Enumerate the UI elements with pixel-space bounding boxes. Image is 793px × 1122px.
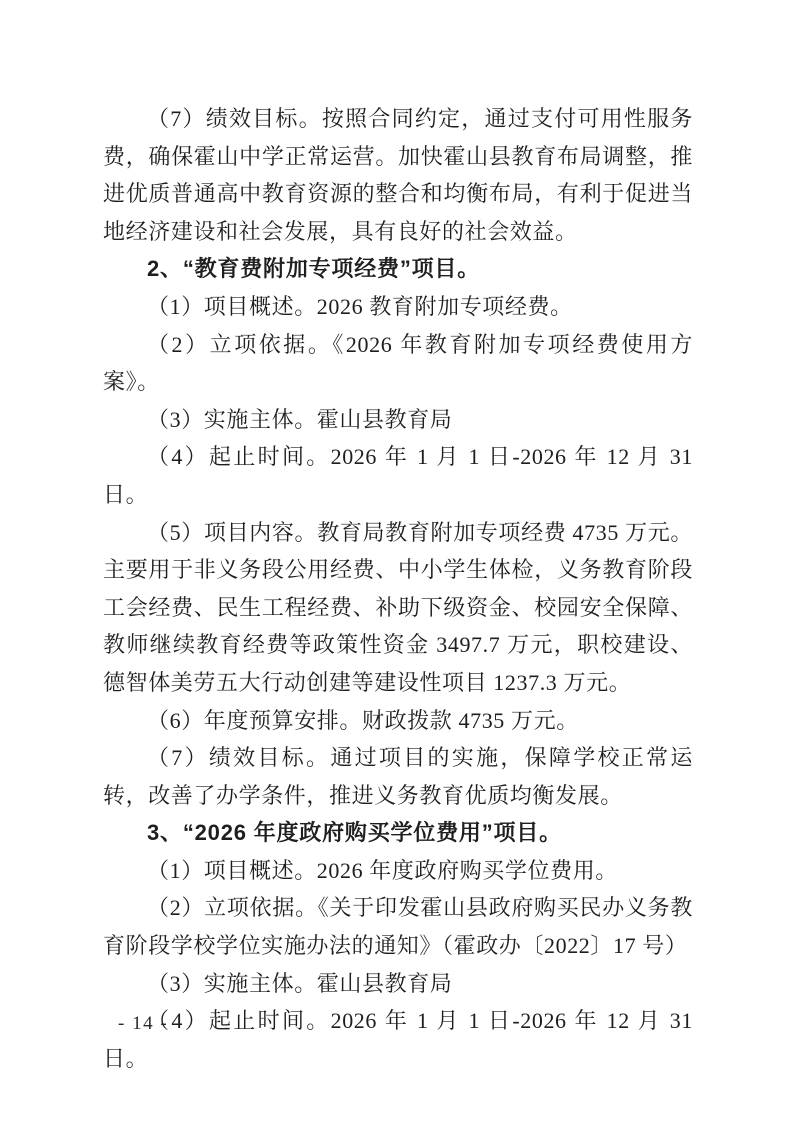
para-project3-implementer: （3）实施主体。霍山县教育局 xyxy=(103,965,693,1003)
para-project2-performance-goal: （7）绩效目标。通过项目的实施，保障学校正常运转，改善了办学条件，推进义务教育优… xyxy=(103,739,693,814)
para-project2-content: （5）项目内容。教育局教育附加专项经费 4735 万元。主要用于非义务段公用经费… xyxy=(103,514,693,702)
para-project2-basis: （2）立项依据。《2026 年教育附加专项经费使用方案》。 xyxy=(103,326,693,401)
para-project3-duration: （4）起止时间。2026 年 1 月 1 日-2026 年 12 月 31 日。 xyxy=(103,1002,693,1077)
para-project3-overview: （1）项目概述。2026 年度政府购买学位费用。 xyxy=(103,852,693,890)
para-project2-budget: （6）年度预算安排。财政拨款 4735 万元。 xyxy=(103,702,693,740)
para-project2-implementer: （3）实施主体。霍山县教育局 xyxy=(103,401,693,439)
document-body: （7）绩效目标。按照合同约定，通过支付可用性服务费，确保霍山中学正常运营。加快霍… xyxy=(103,100,693,1077)
heading-project3-title: 3、“2026 年度政府购买学位费用”项目。 xyxy=(103,814,693,852)
para-project1-performance-goal: （7）绩效目标。按照合同约定，通过支付可用性服务费，确保霍山中学正常运营。加快霍… xyxy=(103,100,693,250)
document-page: （7）绩效目标。按照合同约定，通过支付可用性服务费，确保霍山中学正常运营。加快霍… xyxy=(0,0,793,1122)
para-project3-basis: （2）立项依据。《关于印发霍山县政府购买民办义务教育阶段学校学位实施办法的通知》… xyxy=(103,889,693,964)
para-project2-overview: （1）项目概述。2026 教育附加专项经费。 xyxy=(103,288,693,326)
heading-project2-title: 2、“教育费附加专项经费”项目。 xyxy=(103,250,693,288)
para-project2-duration: （4）起止时间。2026 年 1 月 1 日-2026 年 12 月 31 日。 xyxy=(103,438,693,513)
page-number: - 14 - xyxy=(118,1013,168,1035)
